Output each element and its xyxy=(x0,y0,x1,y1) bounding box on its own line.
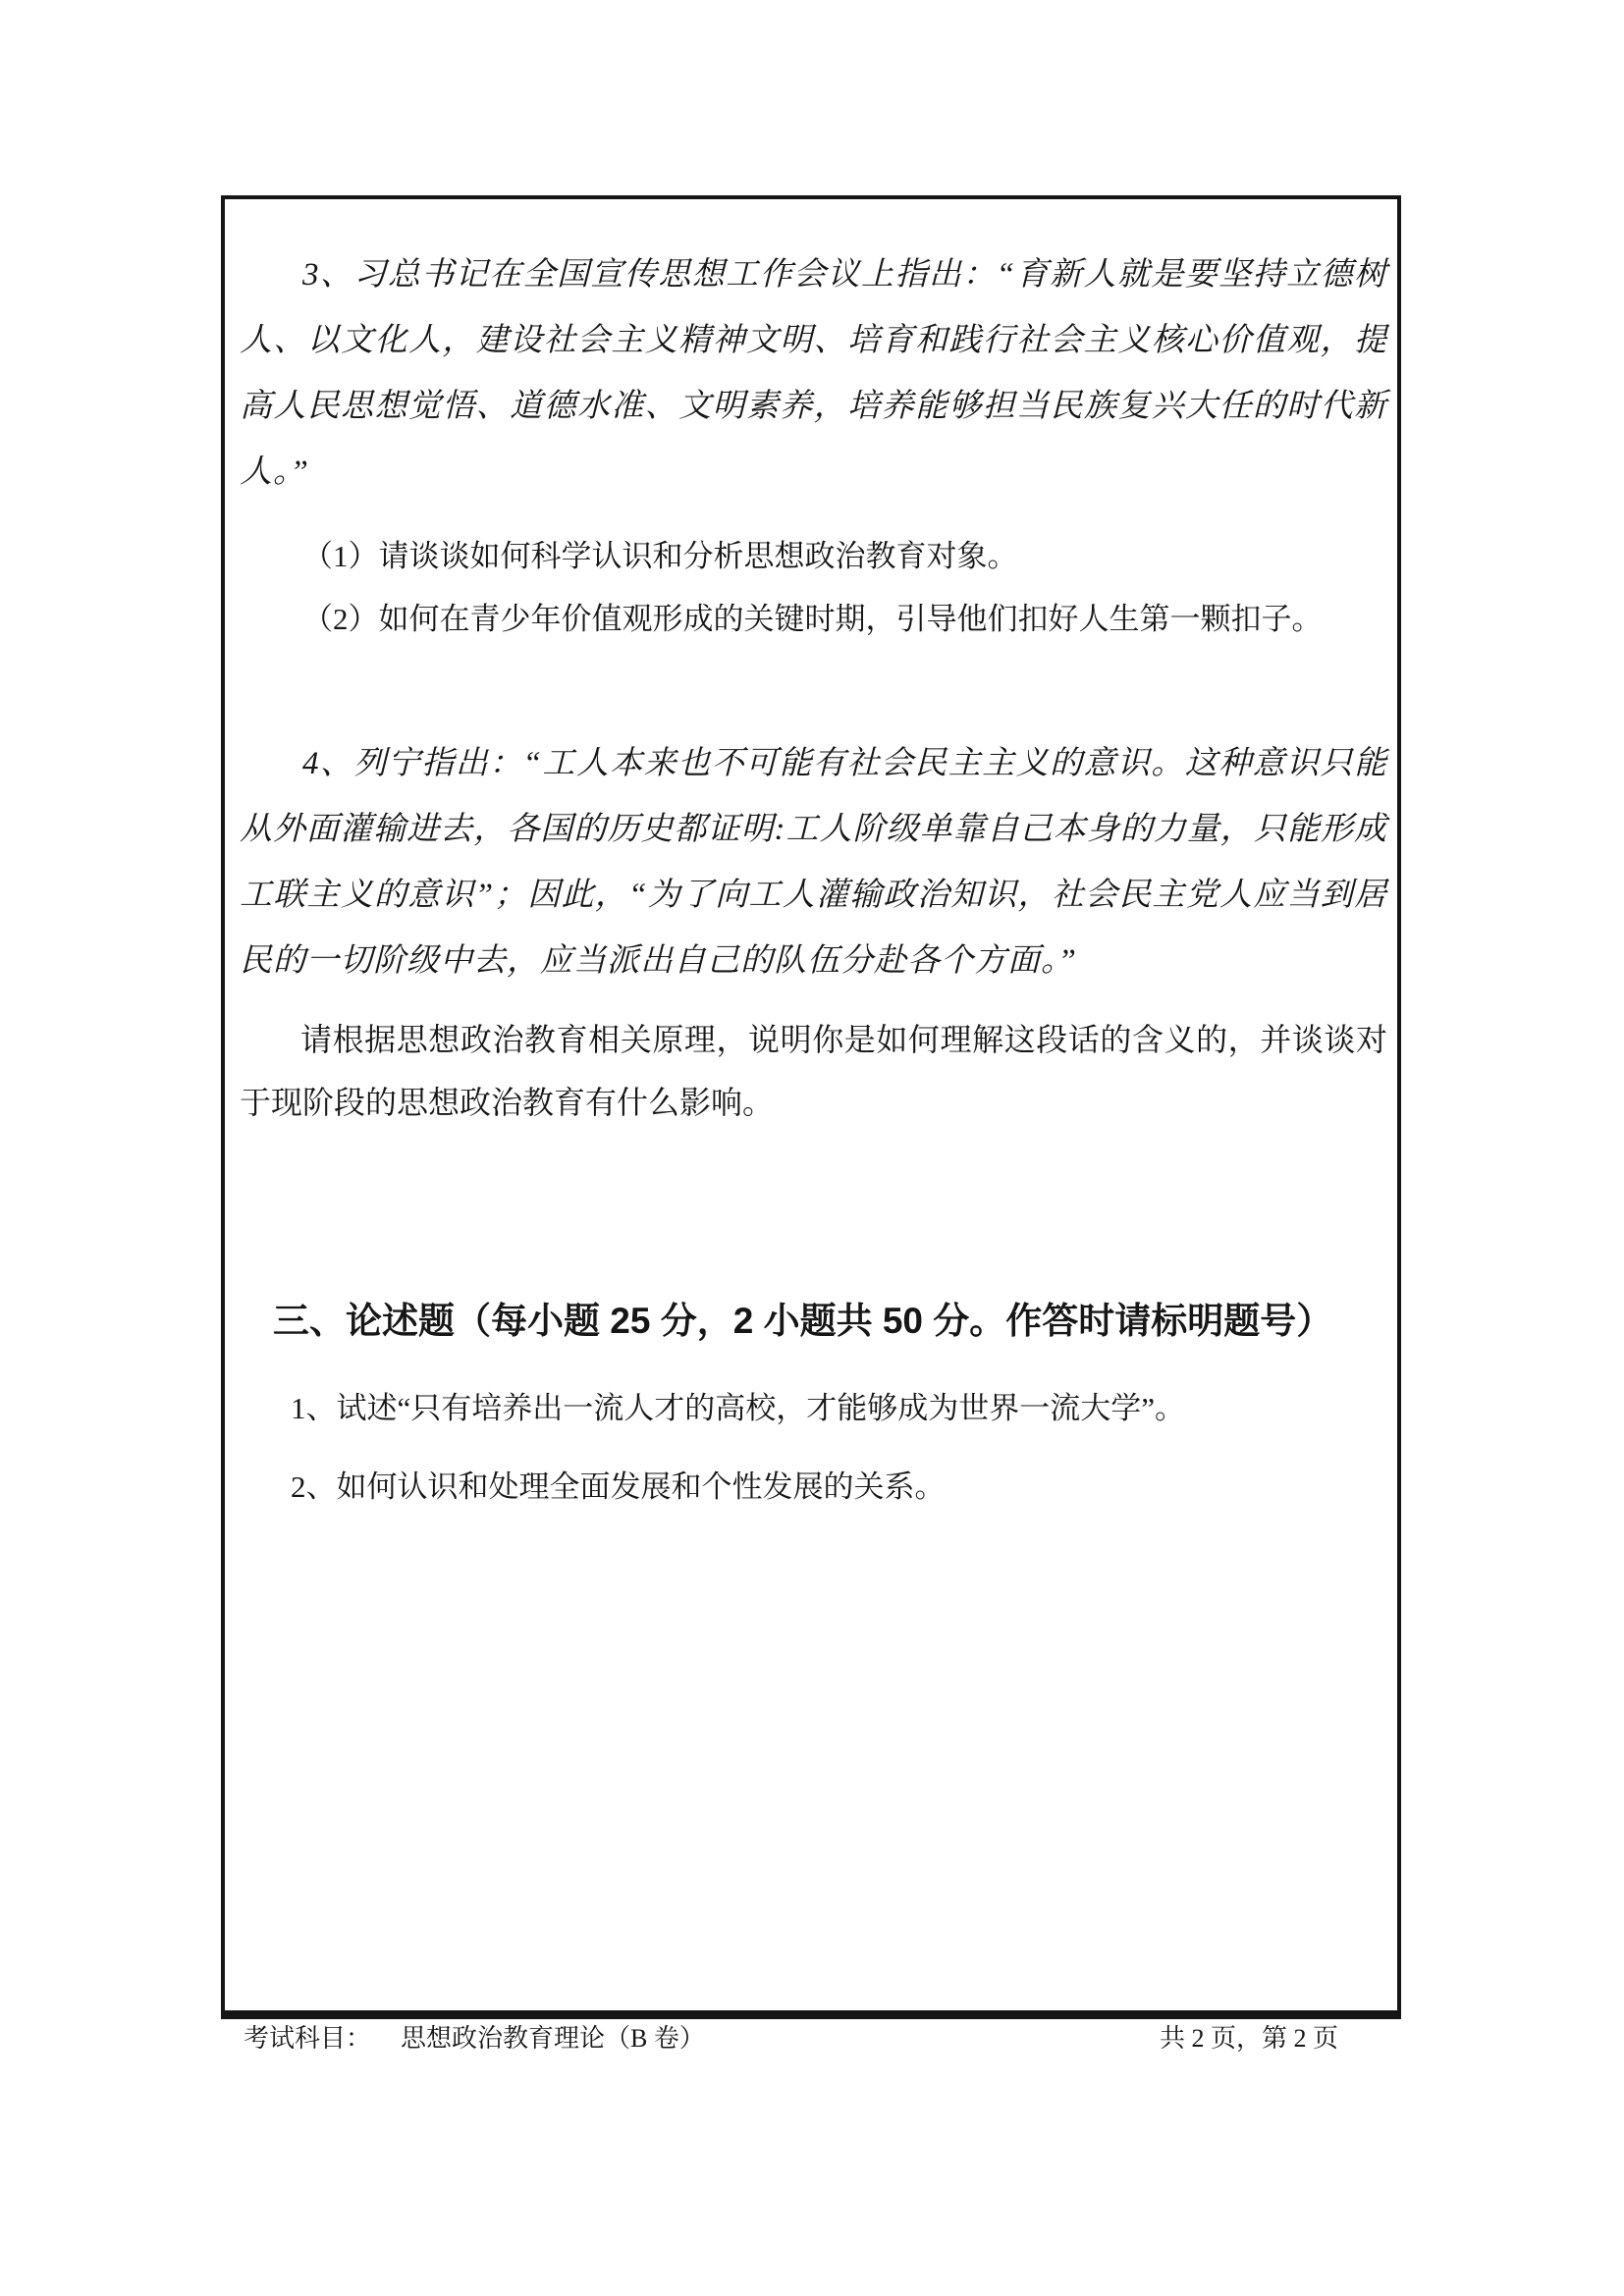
page-number: 共 2 页，第 2 页 xyxy=(1160,2023,1338,2055)
essay-question-1: 1、试述“只有培养出一流人才的高校，才能够成为世界一流大学”。 xyxy=(240,1377,1387,1440)
section-3-heading: 三、论述题（每小题 25 分，2 小题共 50 分。作答时请标明题号） xyxy=(240,1293,1387,1350)
exam-subject-label: 考试科目： xyxy=(244,2024,371,2053)
question-3: 3、习总书记在全国宣传思想工作会议上指出：“育新人就是要坚持立德树人、以文化人，… xyxy=(240,242,1387,506)
page-footer: 考试科目：思想政治教育理论（B 卷） 共 2 页，第 2 页 xyxy=(244,2023,1338,2055)
question-4: 4、列宁指出：“工人本来也不可能有社会民主主义的意识。这种意识只能从外面灌输进去… xyxy=(240,731,1387,994)
question-4-text: 列宁指出：“工人本来也不可能有社会民主主义的意识。这种意识只能从外面灌输进去，各… xyxy=(240,746,1387,979)
question-4-number: 4、 xyxy=(302,746,353,781)
question-3-subquestion-1: （1）请谈谈如何科学认识和分析思想政治教育对象。 xyxy=(240,525,1387,588)
exam-subject-value: 思想政治教育理论（B 卷） xyxy=(401,2024,705,2053)
question-3-number: 3、 xyxy=(302,257,353,293)
exam-subject: 考试科目：思想政治教育理论（B 卷） xyxy=(244,2023,705,2055)
question-3-text: 习总书记在全国宣传思想工作会议上指出：“育新人就是要坚持立德树人、以文化人，建设… xyxy=(240,257,1387,490)
question-3-subquestion-2: （2）如何在青少年价值观形成的关键时期，引导他们扣好人生第一颗扣子。 xyxy=(240,588,1387,651)
question-4-followup: 请根据思想政治教育相关原理，说明你是如何理解这段话的含义的，并谈谈对于现阶段的思… xyxy=(240,1008,1387,1134)
essay-question-2: 2、如何认识和处理全面发展和个性发展的关系。 xyxy=(240,1456,1387,1519)
exam-content-frame: 3、习总书记在全国宣传思想工作会议上指出：“育新人就是要坚持立德树人、以文化人，… xyxy=(221,195,1401,2019)
